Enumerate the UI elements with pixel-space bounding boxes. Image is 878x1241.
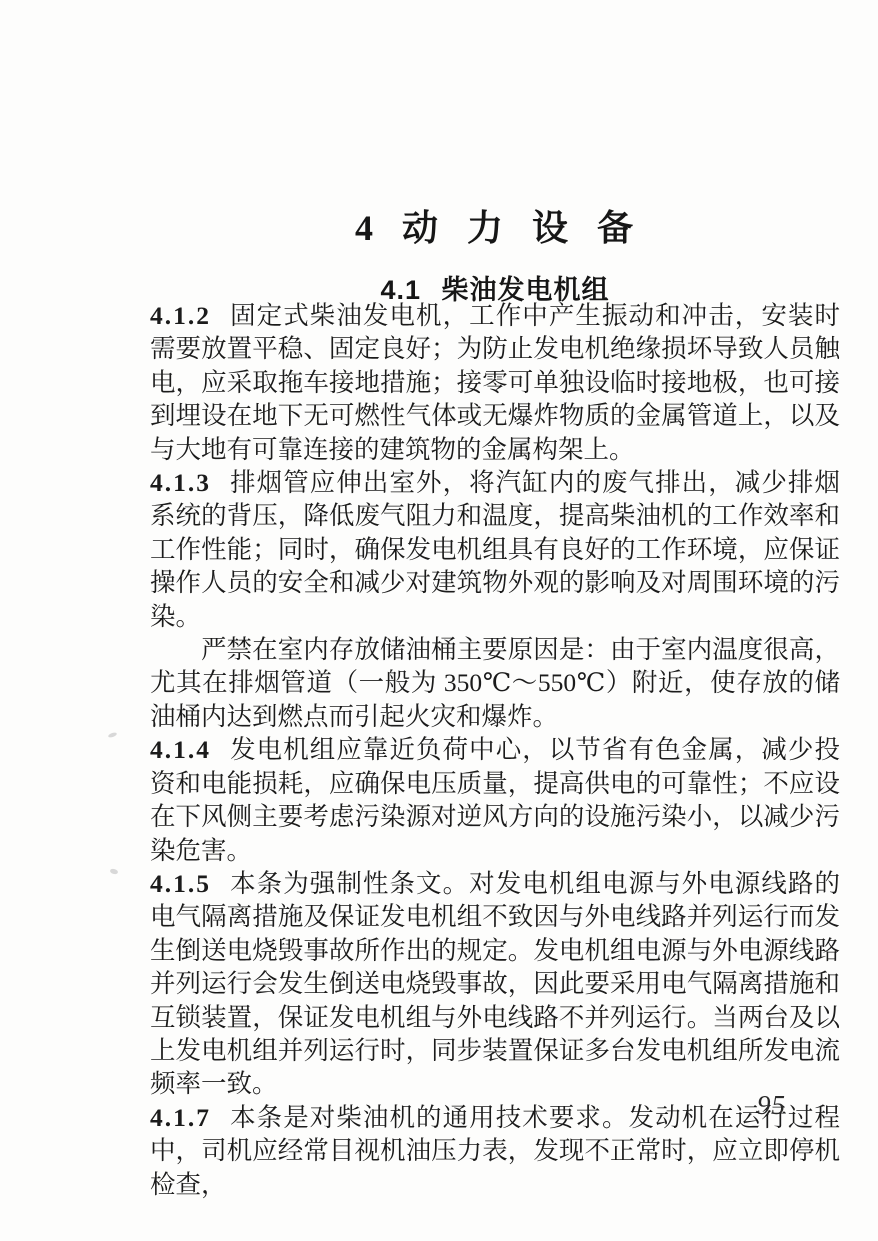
clause-number: 4.1.3: [150, 468, 211, 497]
clause-text: 严禁在室内存放储油桶主要原因是：由于室内温度很高，尤其在排烟管道（一般为 350…: [150, 635, 840, 731]
clause-text: 排烟管应伸出室外，将汽缸内的废气排出，减少排烟系统的背压，降低废气阻力和温度，提…: [150, 468, 840, 631]
clause-text: 本条是对柴油机的通用技术要求。发动机在运行过程中，司机应经常目视机油压力表，发现…: [150, 1103, 840, 1199]
clause-4-1-5: 4.1.5本条为强制性条文。对发电机组电源与外电源线路的电气隔离措施及保证发电机…: [150, 867, 840, 1101]
clause-number: 4.1.4: [150, 735, 211, 764]
scan-smudge: [108, 732, 118, 739]
clause-4-1-3: 4.1.3排烟管应伸出室外，将汽缸内的废气排出，减少排烟系统的背压，降低废气阻力…: [150, 466, 840, 633]
page-number: 95: [757, 1090, 786, 1121]
body-text: 4.1.2固定式柴油发电机，工作中产生振动和冲击，安装时需要放置平稳、固定良好；…: [150, 299, 840, 1201]
clause-text: 本条为强制性条文。对发电机组电源与外电源线路的电气隔离措施及保证发电机组不致因与…: [150, 869, 840, 1098]
clause-number: 4.1.2: [150, 301, 211, 330]
clause-text: 发电机组应靠近负荷中心，以节省有色金属，减少投资和电能损耗，应确保电压质量，提高…: [150, 735, 840, 864]
clause-number: 4.1.5: [150, 869, 211, 898]
clause-4-1-4: 4.1.4发电机组应靠近负荷中心，以节省有色金属，减少投资和电能损耗，应确保电压…: [150, 733, 840, 867]
explanatory-paragraph: 严禁在室内存放储油桶主要原因是：由于室内温度很高，尤其在排烟管道（一般为 350…: [150, 633, 840, 733]
clause-4-1-2: 4.1.2固定式柴油发电机，工作中产生振动和冲击，安装时需要放置平稳、固定良好；…: [150, 299, 840, 466]
clause-number: 4.1.7: [150, 1103, 211, 1132]
clause-text: 固定式柴油发电机，工作中产生振动和冲击，安装时需要放置平稳、固定良好；为防止发电…: [150, 301, 840, 464]
chapter-title: 4 动 力 设 备: [150, 200, 840, 251]
scan-smudge: [109, 868, 118, 875]
clause-4-1-7: 4.1.7本条是对柴油机的通用技术要求。发动机在运行过程中，司机应经常目视机油压…: [150, 1101, 840, 1201]
document-page: 4 动 力 设 备 4.1 柴油发电机组 4.1.2固定式柴油发电机，工作中产生…: [0, 0, 878, 1241]
